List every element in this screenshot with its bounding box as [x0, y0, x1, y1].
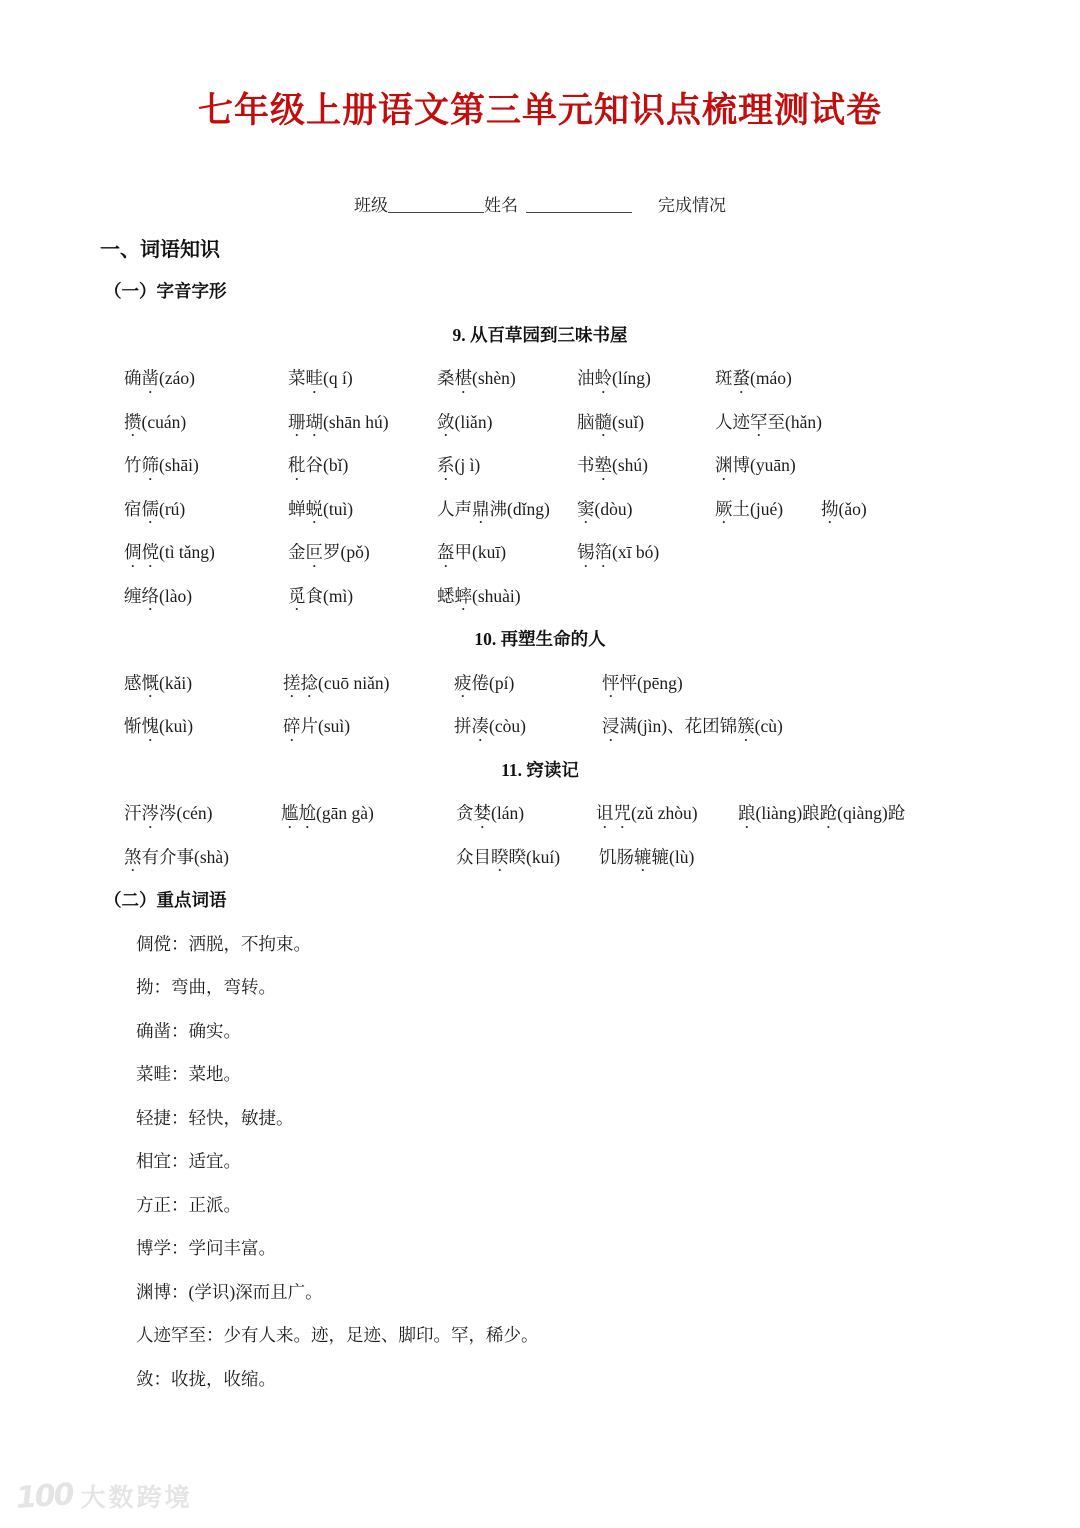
- emphasized-character: 敛: [437, 412, 455, 432]
- emphasized-character: 儒: [142, 499, 160, 519]
- word-item: 菜畦(q í): [288, 365, 437, 390]
- emphasized-character: 踉: [738, 803, 756, 823]
- word-item: 金叵罗(pǒ): [288, 539, 437, 564]
- emphasized-character: 诅: [596, 803, 614, 823]
- word-item: 敛(liǎn): [437, 409, 577, 434]
- emphasized-character: 拗: [821, 499, 839, 519]
- emphasized-character: 罕: [750, 412, 768, 432]
- emphasized-character: 觅: [288, 586, 306, 606]
- emphasized-character: 盔: [437, 542, 455, 562]
- definition-item: 渊博：(学识)深而且广。: [0, 1270, 1080, 1314]
- watermark-logo-icon: 100: [15, 1477, 74, 1516]
- lessons-container: 9. 从百草园到三味书屋确凿(záo)菜畦(q í)桑椹(shèn)油蛉(lín…: [0, 313, 1080, 879]
- definition-item: 敛：收拢，收缩。: [0, 1357, 1080, 1401]
- emphasized-character: 鼎: [472, 499, 490, 519]
- emphasized-character: 浸: [602, 716, 620, 736]
- word-item: 竹筛(shāi): [124, 452, 288, 477]
- word-item: 倜傥(tì tǎng): [124, 539, 288, 564]
- document-body: 班级姓名完成情况 一、词语知识 （一）字音字形 9. 从百草园到三味书屋确凿(z…: [0, 182, 1080, 1400]
- emphasized-character: 辘: [634, 847, 652, 867]
- word-row: 感慨(kǎi)搓捻(cuō niǎn)疲倦(pí)怦怦(pēng): [0, 661, 1080, 705]
- emphasized-character: 蛉: [595, 368, 613, 388]
- word-item: 人声鼎沸(dǐng): [437, 496, 577, 521]
- definition-item: 人迹罕至：少有人来。迹，足迹、脚印。罕，稀少。: [0, 1313, 1080, 1357]
- word-item: 踉(liàng)踉跄(qiàng)跄: [738, 800, 905, 825]
- word-item: 攒(cuán): [124, 409, 288, 434]
- word-item: 宿儒(rú): [124, 496, 288, 521]
- emphasized-character: 愧: [142, 716, 160, 736]
- word-item: 疲倦(pí): [454, 670, 602, 695]
- word-item: 人迹罕至(hǎn): [715, 409, 822, 434]
- emphasized-character: 蟀: [455, 586, 473, 606]
- word-row: 竹筛(shāi)秕谷(bǐ)系(j ì)书塾(shú)渊博(yuān): [0, 443, 1080, 487]
- word-item: 煞有介事(shà): [124, 844, 456, 869]
- emphasized-character: 搓: [283, 673, 301, 693]
- emphasized-character: 攒: [124, 412, 142, 432]
- word-item: 油蛉(líng): [577, 365, 715, 390]
- emphasized-character: 傥: [142, 542, 160, 562]
- word-item: 搓捻(cuō niǎn): [283, 670, 454, 695]
- word-item: 脑髓(suǐ): [577, 409, 715, 434]
- lesson-title: 11. 窍读记: [0, 748, 1080, 792]
- emphasized-character: 瑚: [306, 412, 324, 432]
- emphasized-character: 睽: [491, 847, 509, 867]
- word-item: 蟋蟀(shuài): [437, 583, 577, 608]
- emphasized-character: 尴: [281, 803, 299, 823]
- emphasized-character: 箔: [595, 542, 613, 562]
- emphasized-character: 跄: [820, 803, 838, 823]
- word-item: 厥土(jué): [715, 496, 821, 521]
- class-blank-field[interactable]: [388, 194, 484, 213]
- word-item: 确凿(záo): [124, 365, 288, 390]
- definitions-container: 倜傥：洒脱，不拘束。拗：弯曲，弯转。确凿：确实。菜畦：菜地。轻捷：轻快，敏捷。相…: [0, 922, 1080, 1401]
- word-item: 书塾(shú): [577, 452, 715, 477]
- word-item: 缠络(lào): [124, 583, 288, 608]
- lesson-block: 9. 从百草园到三味书屋确凿(záo)菜畦(q í)桑椹(shèn)油蛉(lín…: [0, 313, 1080, 618]
- class-label: 班级: [354, 191, 388, 216]
- word-item: 系(j ì): [437, 452, 577, 477]
- emphasized-character: 蝥: [733, 368, 751, 388]
- word-item: 碎片(suì): [283, 713, 454, 738]
- emphasized-character: 凑: [472, 716, 490, 736]
- emphasized-character: 窦: [577, 499, 595, 519]
- word-item: 蝉蜕(tuì): [288, 496, 437, 521]
- student-info-line: 班级姓名完成情况: [0, 182, 1080, 226]
- word-item: 诅咒(zǔ zhòu): [596, 800, 738, 825]
- word-row: 宿儒(rú)蝉蜕(tuì)人声鼎沸(dǐng)窦(dòu)厥土(jué)拗(ǎo…: [0, 487, 1080, 531]
- watermark-text: 大数跨境: [81, 1478, 193, 1514]
- word-item: 锡箔(xī bó): [577, 539, 715, 564]
- emphasized-character: 煞: [124, 847, 142, 867]
- emphasized-character: 咒: [614, 803, 632, 823]
- name-label: 姓名: [484, 191, 518, 216]
- word-item: 饥肠辘辘(lù): [599, 844, 694, 869]
- lesson-title: 10. 再塑生命的人: [0, 617, 1080, 661]
- emphasized-character: 筛: [142, 455, 160, 475]
- word-item: 怦怦(pēng): [602, 670, 683, 695]
- document-page: 七年级上册语文第三单元知识点梳理测试卷 班级姓名完成情况 一、词语知识 （一）字…: [0, 0, 1080, 1528]
- emphasized-character: 髓: [595, 412, 613, 432]
- emphasized-character: 珊: [288, 412, 306, 432]
- definition-item: 菜畦：菜地。: [0, 1052, 1080, 1096]
- lesson-title: 9. 从百草园到三味书屋: [0, 313, 1080, 357]
- word-item: 窦(dòu): [577, 496, 715, 521]
- name-blank-field[interactable]: [526, 194, 632, 213]
- word-item: 拗(ǎo): [821, 496, 867, 521]
- word-row: 确凿(záo)菜畦(q í)桑椹(shèn)油蛉(líng)斑蝥(máo): [0, 356, 1080, 400]
- word-item: 桑椹(shèn): [437, 365, 577, 390]
- definition-item: 相宜：适宜。: [0, 1139, 1080, 1183]
- emphasized-character: 捻: [301, 673, 319, 693]
- subsection-heading-pronunciation: （一）字音字形: [0, 269, 1080, 313]
- emphasized-character: 凿: [142, 368, 160, 388]
- word-row: 缠络(lào)觅食(mì)蟋蟀(shuài): [0, 574, 1080, 618]
- watermark: 100 大数跨境: [16, 1478, 193, 1514]
- word-item: 浸满(jìn)、花团锦簇(cù): [602, 713, 783, 738]
- word-item: 众目睽睽(kuí): [456, 844, 599, 869]
- emphasized-character: 怦: [602, 673, 620, 693]
- page-title: 七年级上册语文第三单元知识点梳理测试卷: [0, 0, 1080, 132]
- definition-item: 博学：学问丰富。: [0, 1226, 1080, 1270]
- word-item: 渊博(yuān): [715, 452, 821, 477]
- word-item: 拼凑(còu): [454, 713, 602, 738]
- word-item: 秕谷(bǐ): [288, 452, 437, 477]
- emphasized-character: 锡: [577, 542, 595, 562]
- definition-item: 轻捷：轻快，敏捷。: [0, 1096, 1080, 1140]
- definition-item: 确凿：确实。: [0, 1009, 1080, 1053]
- word-row: 攒(cuán)珊瑚(shān hú)敛(liǎn)脑髓(suǐ)人迹罕至(hǎn…: [0, 400, 1080, 444]
- emphasized-character: 渊: [715, 455, 733, 475]
- emphasized-character: 秕: [288, 455, 306, 475]
- word-item: 汗涔涔(cén): [124, 800, 281, 825]
- emphasized-character: 慨: [142, 673, 160, 693]
- emphasized-character: 蜕: [306, 499, 324, 519]
- emphasized-character: 椹: [455, 368, 473, 388]
- emphasized-character: 塾: [595, 455, 613, 475]
- lesson-block: 11. 窍读记汗涔涔(cén)尴尬(gān gà)贪婪(lán)诅咒(zǔ zh…: [0, 748, 1080, 879]
- emphasized-character: 簇: [737, 716, 755, 736]
- word-row: 惭愧(kuì)碎片(suì)拼凑(còu)浸满(jìn)、花团锦簇(cù): [0, 704, 1080, 748]
- subsection-heading-keywords: （二）重点词语: [0, 878, 1080, 922]
- emphasized-character: 尬: [299, 803, 317, 823]
- emphasized-character: 叵: [306, 542, 324, 562]
- definition-item: 方正：正派。: [0, 1183, 1080, 1227]
- emphasized-character: 婪: [474, 803, 492, 823]
- word-item: 觅食(mì): [288, 583, 437, 608]
- emphasized-character: 厥: [715, 499, 733, 519]
- word-item: 惭愧(kuì): [124, 713, 283, 738]
- word-item: 感慨(kǎi): [124, 670, 283, 695]
- word-item: 贪婪(lán): [456, 800, 596, 825]
- definition-item: 倜傥：洒脱，不拘束。: [0, 922, 1080, 966]
- definition-item: 拗：弯曲，弯转。: [0, 965, 1080, 1009]
- word-item: 尴尬(gān gà): [281, 800, 456, 825]
- emphasized-character: 涔: [142, 803, 160, 823]
- emphasized-character: 疲: [454, 673, 472, 693]
- word-item: 珊瑚(shān hú): [288, 409, 437, 434]
- emphasized-character: 畦: [306, 368, 324, 388]
- word-item: 盔甲(kuī): [437, 539, 577, 564]
- word-row: 汗涔涔(cén)尴尬(gān gà)贪婪(lán)诅咒(zǔ zhòu)踉(li…: [0, 791, 1080, 835]
- emphasized-character: 倜: [124, 542, 142, 562]
- word-row: 煞有介事(shà)众目睽睽(kuí)饥肠辘辘(lù): [0, 835, 1080, 879]
- word-row: 倜傥(tì tǎng)金叵罗(pǒ)盔甲(kuī)锡箔(xī bó): [0, 530, 1080, 574]
- word-item: 斑蝥(máo): [715, 365, 821, 390]
- status-label: 完成情况: [658, 191, 726, 216]
- lesson-block: 10. 再塑生命的人感慨(kǎi)搓捻(cuō niǎn)疲倦(pí)怦怦(pē…: [0, 617, 1080, 748]
- section-heading-words: 一、词语知识: [0, 226, 1080, 270]
- emphasized-character: 系: [437, 455, 455, 475]
- emphasized-character: 络: [142, 586, 160, 606]
- emphasized-character: 碎: [283, 716, 301, 736]
